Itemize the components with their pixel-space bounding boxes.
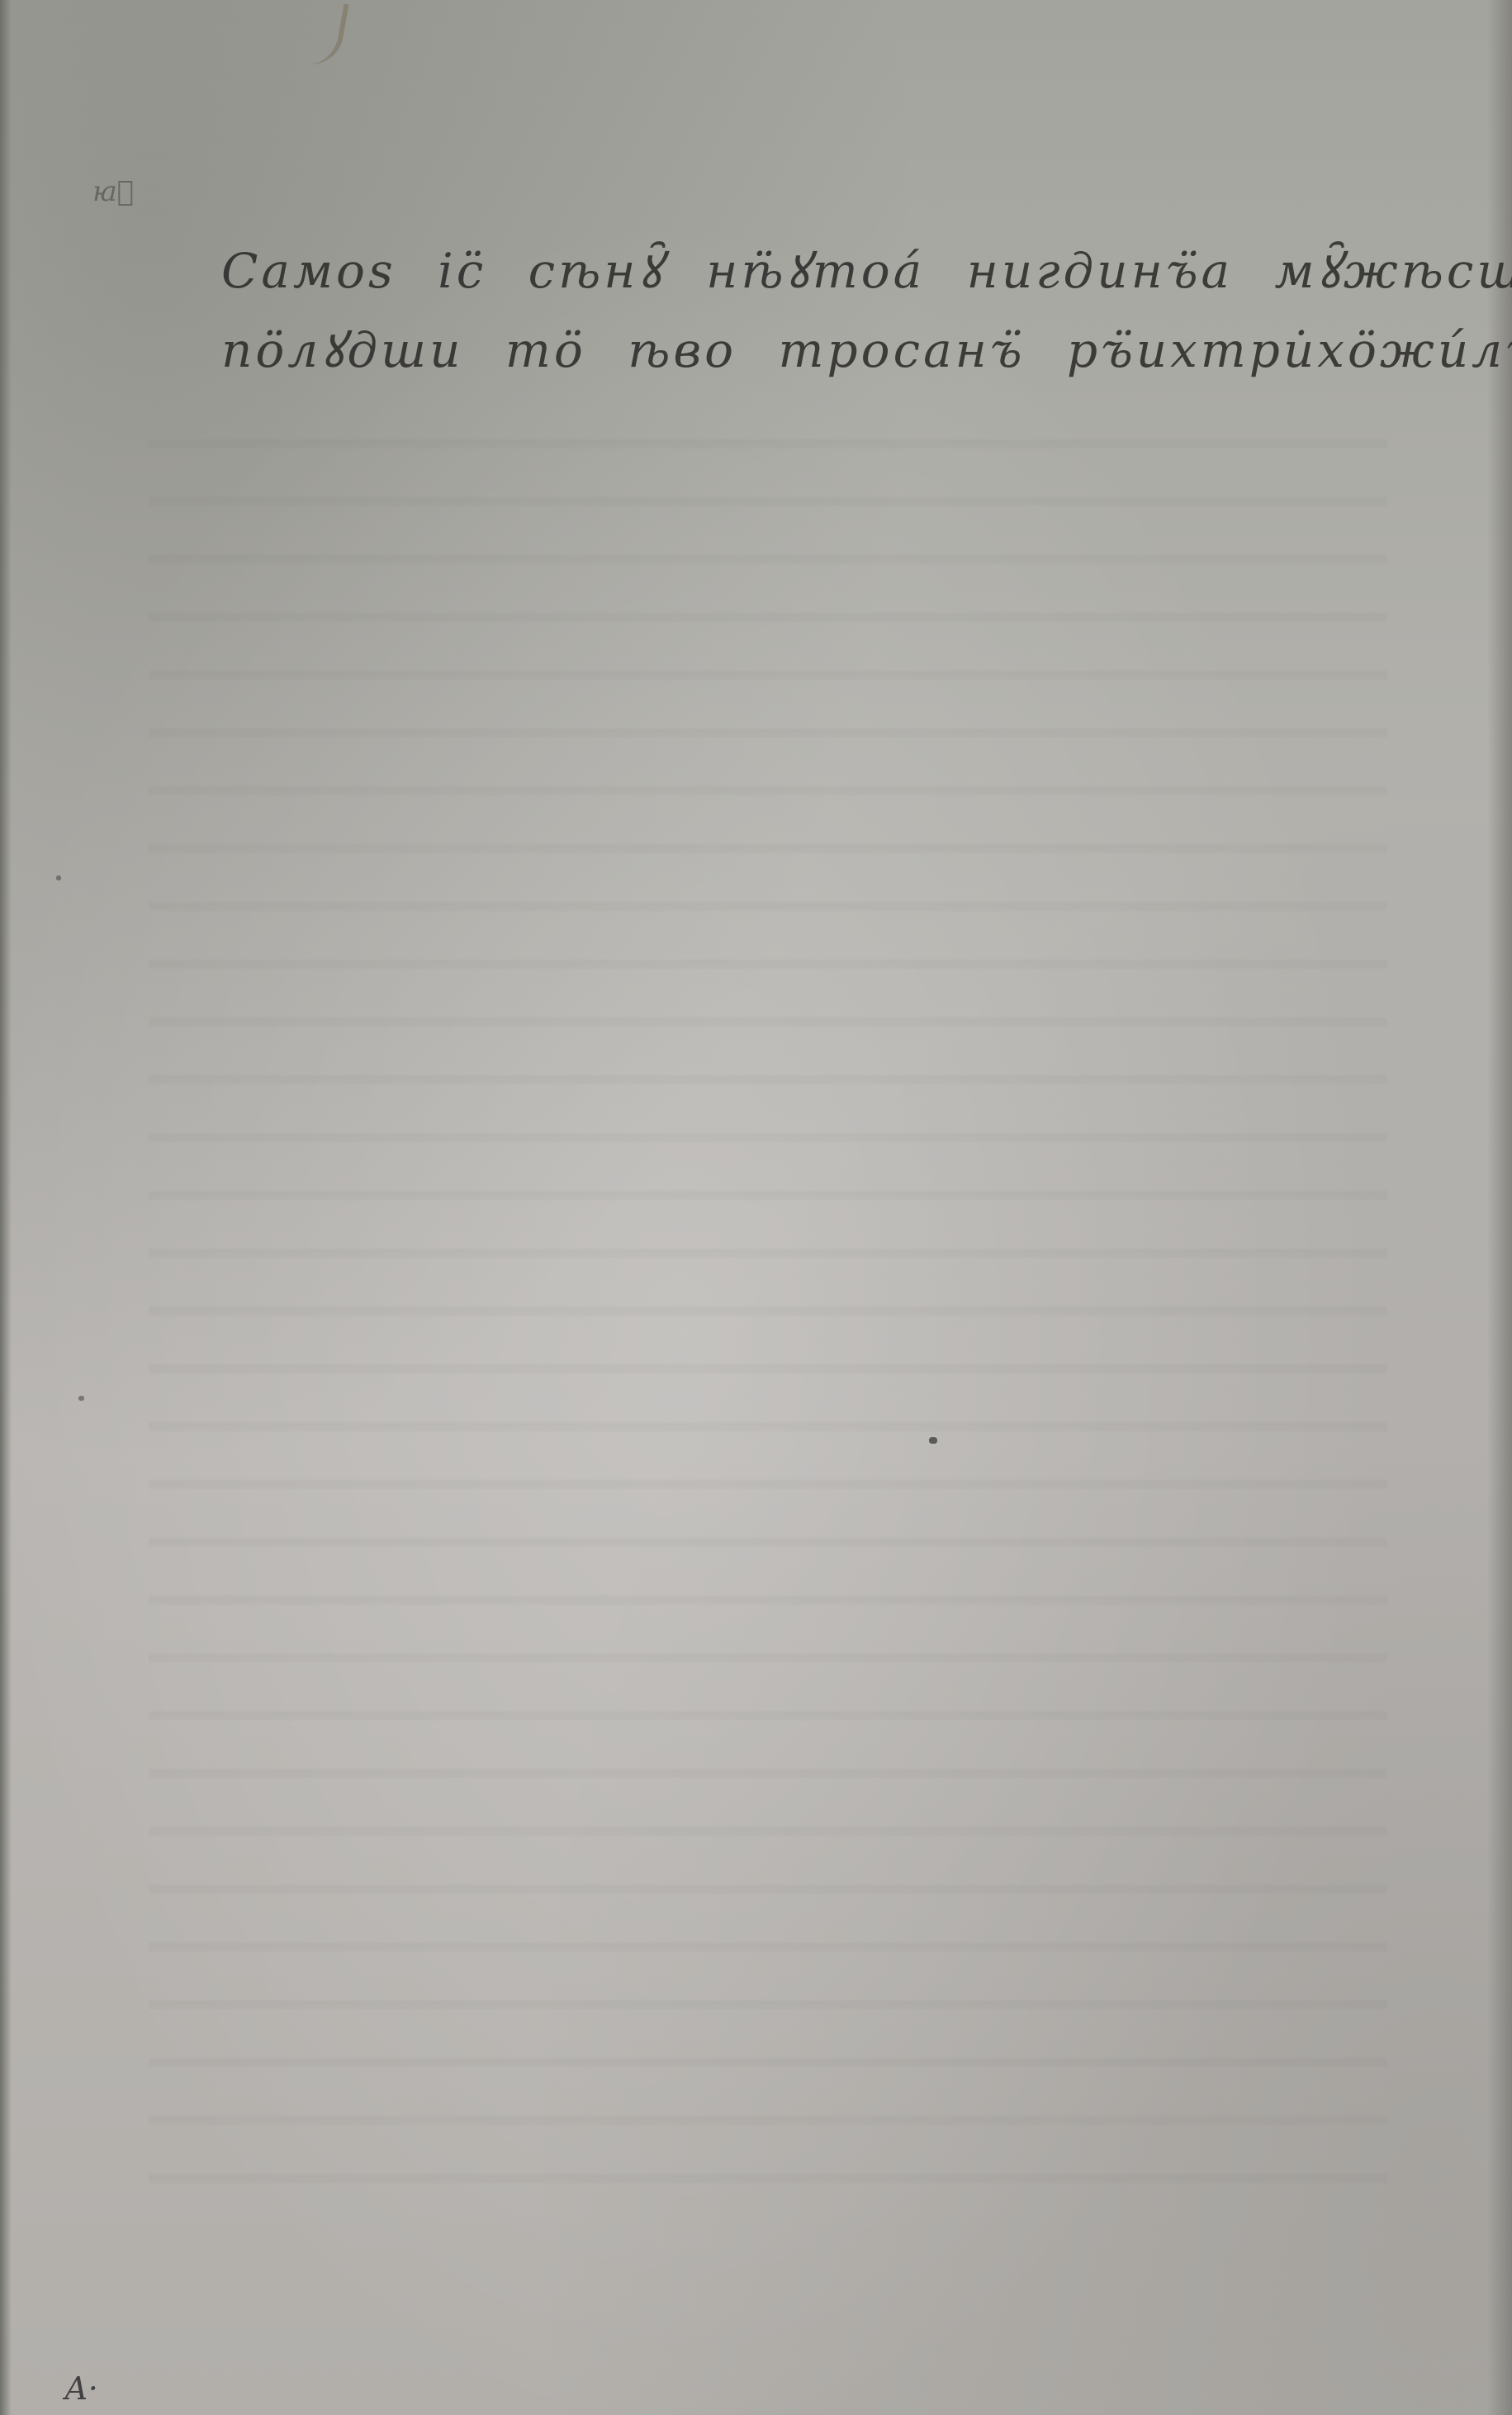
margin-annotation-bottom: А· [64, 2370, 98, 2407]
text-line-2: пӧлꙋдши тӧ ѣво тросанъ̈ ръ̈ихтри̇хӧжи́лъ [221, 311, 1493, 390]
ink-speck [78, 1396, 84, 1401]
paper-stain [291, 0, 348, 69]
page-edge-shadow-left [0, 0, 12, 2415]
text-line-1: Самоѕ іс̈ сѣнꙋ̑ нѣ̈ꙋтоа́ нигдинъ̈а мꙋ̑жѣ… [221, 231, 1493, 311]
handwritten-text-block: Самоѕ іс̈ сѣнꙋ̑ нѣ̈ꙋтоа́ нигдинъ̈а мꙋ̑жѣ… [221, 231, 1493, 390]
ink-speck [56, 875, 61, 880]
ink-speck [929, 1437, 937, 1444]
manuscript-page: ꙗ҃ Самоѕ іс̈ сѣнꙋ̑ нѣ̈ꙋтоа́ нигдинъ̈а мꙋ… [0, 0, 1512, 2415]
margin-annotation-top: ꙗ҃ [92, 175, 134, 208]
bleed-through-text [149, 413, 1387, 2230]
